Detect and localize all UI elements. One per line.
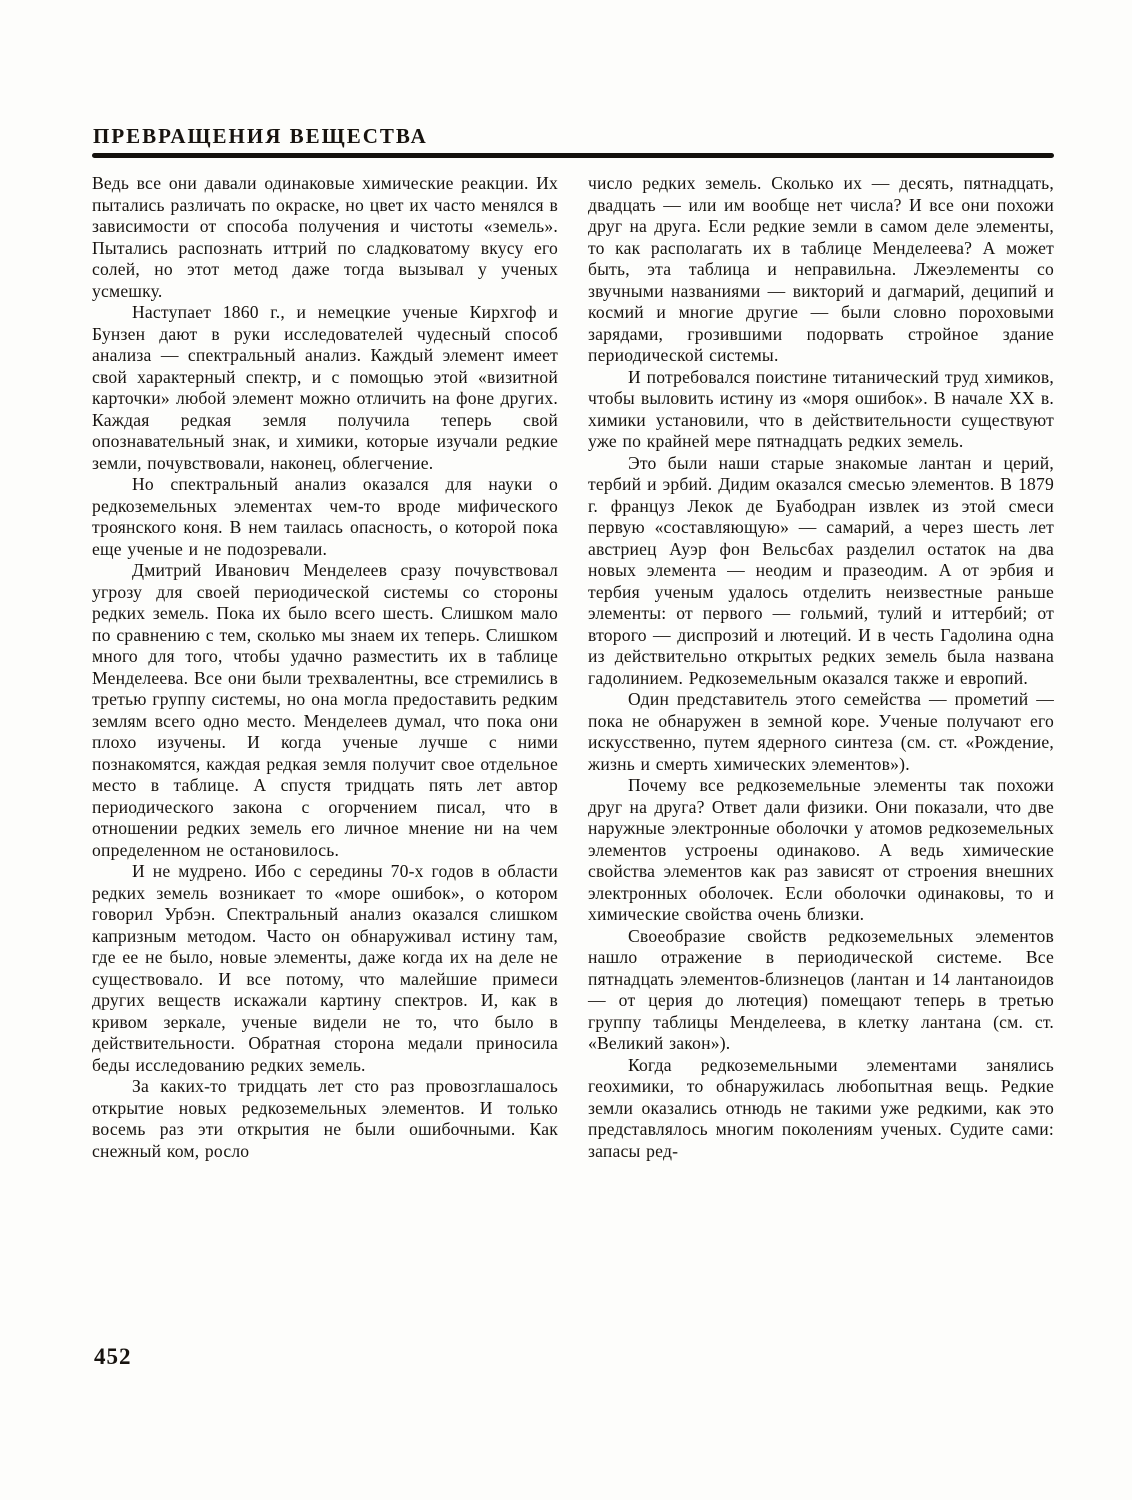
paragraph: Дмитрий Иванович Менделеев сразу почувст…: [92, 560, 558, 861]
paragraph: За каких-то тридцать лет сто раз провозг…: [92, 1076, 558, 1162]
paragraph: число редких земель. Сколько их — десять…: [588, 173, 1054, 367]
paragraph: Но спектральный анализ оказался для наук…: [92, 474, 558, 560]
page-number: 452: [94, 1344, 132, 1370]
left-column: Ведь все они давали одинаковые химически…: [92, 173, 558, 1162]
paragraph: И потребовался поистине титанический тру…: [588, 367, 1054, 453]
right-column: число редких земель. Сколько их — десять…: [588, 173, 1054, 1162]
paragraph: Ведь все они давали одинаковые химически…: [92, 173, 558, 302]
header-rule: [92, 153, 1054, 158]
paragraph: Наступает 1860 г., и немецкие ученые Кир…: [92, 302, 558, 474]
paragraph: И не мудрено. Ибо с середины 70-х годов …: [92, 861, 558, 1076]
running-header: ПРЕВРАЩЕНИЯ ВЕЩЕСТВА: [93, 124, 428, 149]
paragraph: Почему все редкоземельные элементы так п…: [588, 775, 1054, 926]
text-columns: Ведь все они давали одинаковые химически…: [92, 173, 1054, 1162]
paragraph: Это были наши старые знакомые лантан и ц…: [588, 453, 1054, 690]
paragraph: Один представитель этого семейства — про…: [588, 689, 1054, 775]
paragraph: Когда редкоземельными элементами занялис…: [588, 1055, 1054, 1163]
book-page: ПРЕВРАЩЕНИЯ ВЕЩЕСТВА Ведь все они давали…: [0, 0, 1132, 1500]
paragraph: Своеобразие свойств редкоземельных элеме…: [588, 926, 1054, 1055]
